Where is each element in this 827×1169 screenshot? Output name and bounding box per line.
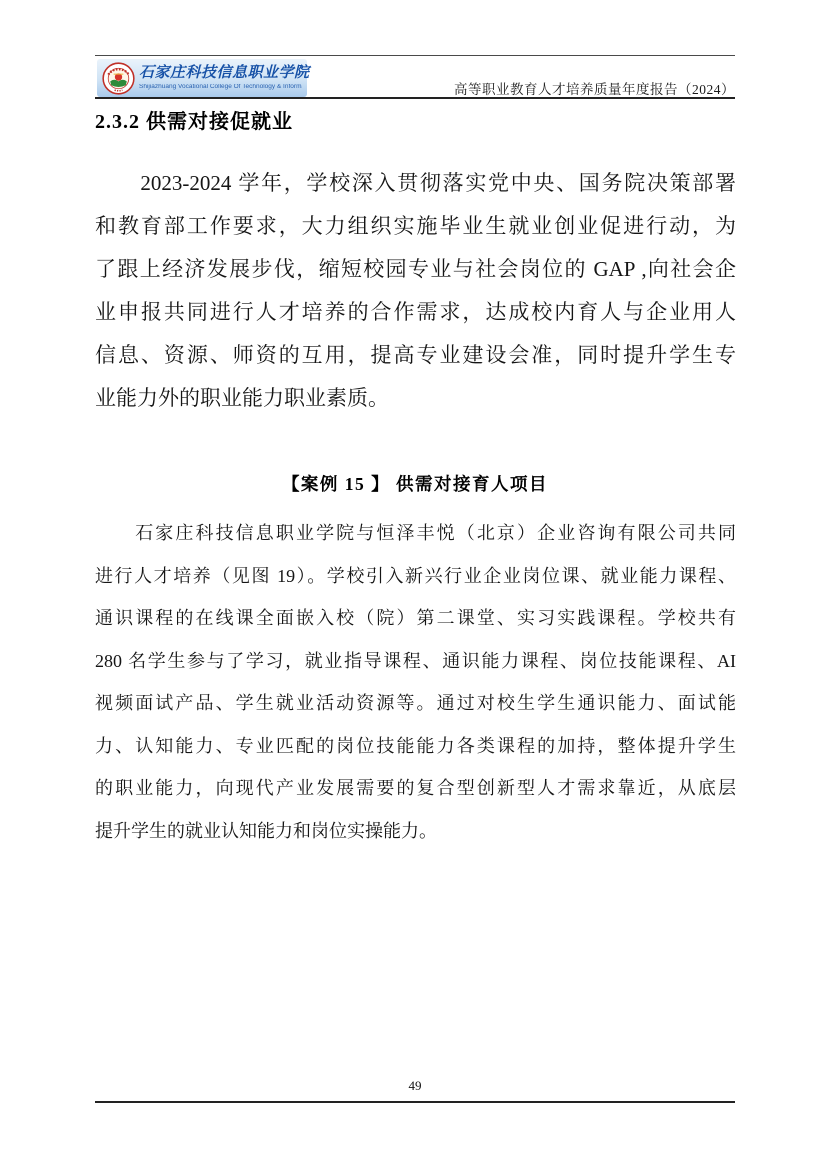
text-line: 280 名学生参与了学习，就业指导课程、通识能力课程、岗位技能课程、AI	[95, 640, 736, 683]
text-line: 了跟上经济发展步伐，缩短校园专业与社会岗位的 GAP ,向社会企	[95, 248, 736, 291]
text-line: 进行人才培养（见图 19）。学校引入新兴行业企业岗位课、就业能力课程、	[95, 555, 736, 598]
college-emblem-icon	[102, 62, 135, 95]
text-line: 的职业能力，向现代产业发展需要的复合型创新型人才需求靠近，从底层	[95, 767, 736, 810]
paragraph-1: 2023-2024 学年，学校深入贯彻落实党中央、国务院决策部署 和教育部工作要…	[95, 162, 736, 420]
paragraph-2: 石家庄科技信息职业学院与恒泽丰悦（北京）企业咨询有限公司共同 进行人才培养（见图…	[95, 512, 736, 852]
text-line: 通识课程的在线课全面嵌入校（院）第二课堂、实习实践课程。学校共有	[95, 597, 736, 640]
document-page: 石家庄科技信息职业学院 Shijiazhuang Vocational Coll…	[0, 0, 827, 1169]
college-logo: 石家庄科技信息职业学院 Shijiazhuang Vocational Coll…	[97, 59, 307, 97]
text-line: 业申报共同进行人才培养的合作需求，达成校内育人与企业用人	[95, 291, 736, 334]
text-line: 石家庄科技信息职业学院与恒泽丰悦（北京）企业咨询有限公司共同	[95, 512, 736, 555]
text-line: 和教育部工作要求，大力组织实施毕业生就业创业促进行动，为	[95, 205, 736, 248]
page-number: 49	[95, 1078, 735, 1094]
college-name-english: Shijiazhuang Vocational College Of Techn…	[139, 84, 302, 91]
header-bottom-rule	[95, 97, 735, 99]
text-line: 信息、资源、师资的互用，提高专业建设会准，同时提升学生专	[95, 334, 736, 377]
section-heading: 2.3.2 供需对接促就业	[95, 105, 293, 134]
text-line: 业能力外的职业能力职业素质。	[95, 377, 736, 420]
report-title: 高等职业教育人才培养质量年度报告（2024）	[454, 78, 735, 98]
case-heading: 【案例 15 】 供需对接育人项目	[95, 471, 735, 496]
text-line: 力、认知能力、专业匹配的岗位技能能力各类课程的加持，整体提升学生	[95, 725, 736, 768]
text-line: 2023-2024 学年，学校深入贯彻落实党中央、国务院决策部署	[95, 162, 736, 205]
text-line: 提升学生的就业认知能力和岗位实操能力。	[95, 810, 736, 853]
college-logo-text: 石家庄科技信息职业学院 Shijiazhuang Vocational Coll…	[139, 66, 302, 90]
text-line: 视频面试产品、学生就业活动资源等。通过对校生学生通识能力、面试能	[95, 682, 736, 725]
footer-rule	[95, 1101, 735, 1103]
header-top-rule	[95, 55, 735, 56]
college-name: 石家庄科技信息职业学院	[139, 66, 302, 81]
